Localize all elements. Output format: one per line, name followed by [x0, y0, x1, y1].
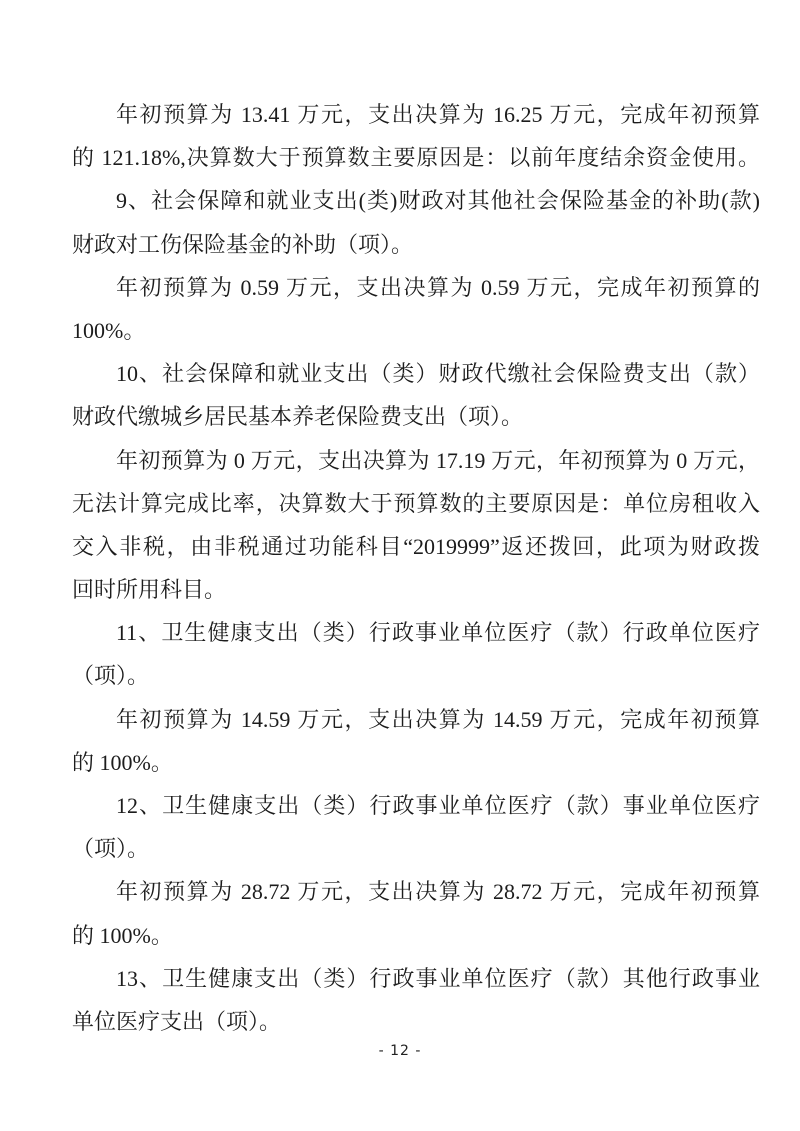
doc-line: （项）。 [72, 654, 760, 697]
doc-line: 100%。 [72, 309, 760, 352]
doc-line: （项）。 [72, 827, 760, 870]
document-body: 年初预算为 13.41 万元，支出决算为 16.25 万元，完成年初预算 的 1… [72, 93, 760, 1043]
doc-line: 11、卫生健康支出（类）行政事业单位医疗（款）行政单位医疗 [72, 611, 760, 654]
doc-line: 无法计算完成比率，决算数大于预算数的主要原因是：单位房租收入 [72, 482, 760, 525]
doc-line: 交入非税，由非税通过功能科目“2019999”返还拨回，此项为财政拨 [72, 525, 760, 568]
page-number: - 12 - [379, 1043, 422, 1059]
doc-line: 的 121.18%,决算数大于预算数主要原因是：以前年度结余资金使用。 [72, 136, 760, 179]
doc-line: 单位医疗支出（项）。 [72, 1000, 760, 1043]
doc-line: 年初预算为 0.59 万元，支出决算为 0.59 万元，完成年初预算的 [72, 266, 760, 309]
doc-line: 12、卫生健康支出（类）行政事业单位医疗（款）事业单位医疗 [72, 784, 760, 827]
doc-line: 回时所用科目。 [72, 568, 760, 611]
doc-line: 年初预算为 0 万元，支出决算为 17.19 万元，年初预算为 0 万元， [72, 439, 760, 482]
doc-line: 13、卫生健康支出（类）行政事业单位医疗（款）其他行政事业 [72, 957, 760, 1000]
doc-line: 10、社会保障和就业支出（类）财政代缴社会保险费支出（款） [72, 352, 760, 395]
document-page: 年初预算为 13.41 万元，支出决算为 16.25 万元，完成年初预算 的 1… [0, 0, 800, 1131]
doc-line: 财政代缴城乡居民基本养老保险费支出（项）。 [72, 395, 760, 438]
page-footer: - 12 - [0, 1043, 800, 1059]
doc-line: 财政对工伤保险基金的补助（项）。 [72, 223, 760, 266]
doc-line: 9、社会保障和就业支出(类)财政对其他社会保险基金的补助(款) [72, 179, 760, 222]
doc-line: 年初预算为 28.72 万元，支出决算为 28.72 万元，完成年初预算 [72, 870, 760, 913]
doc-line: 年初预算为 13.41 万元，支出决算为 16.25 万元，完成年初预算 [72, 93, 760, 136]
doc-line: 年初预算为 14.59 万元，支出决算为 14.59 万元，完成年初预算 [72, 698, 760, 741]
doc-line: 的 100%。 [72, 741, 760, 784]
doc-line: 的 100%。 [72, 914, 760, 957]
